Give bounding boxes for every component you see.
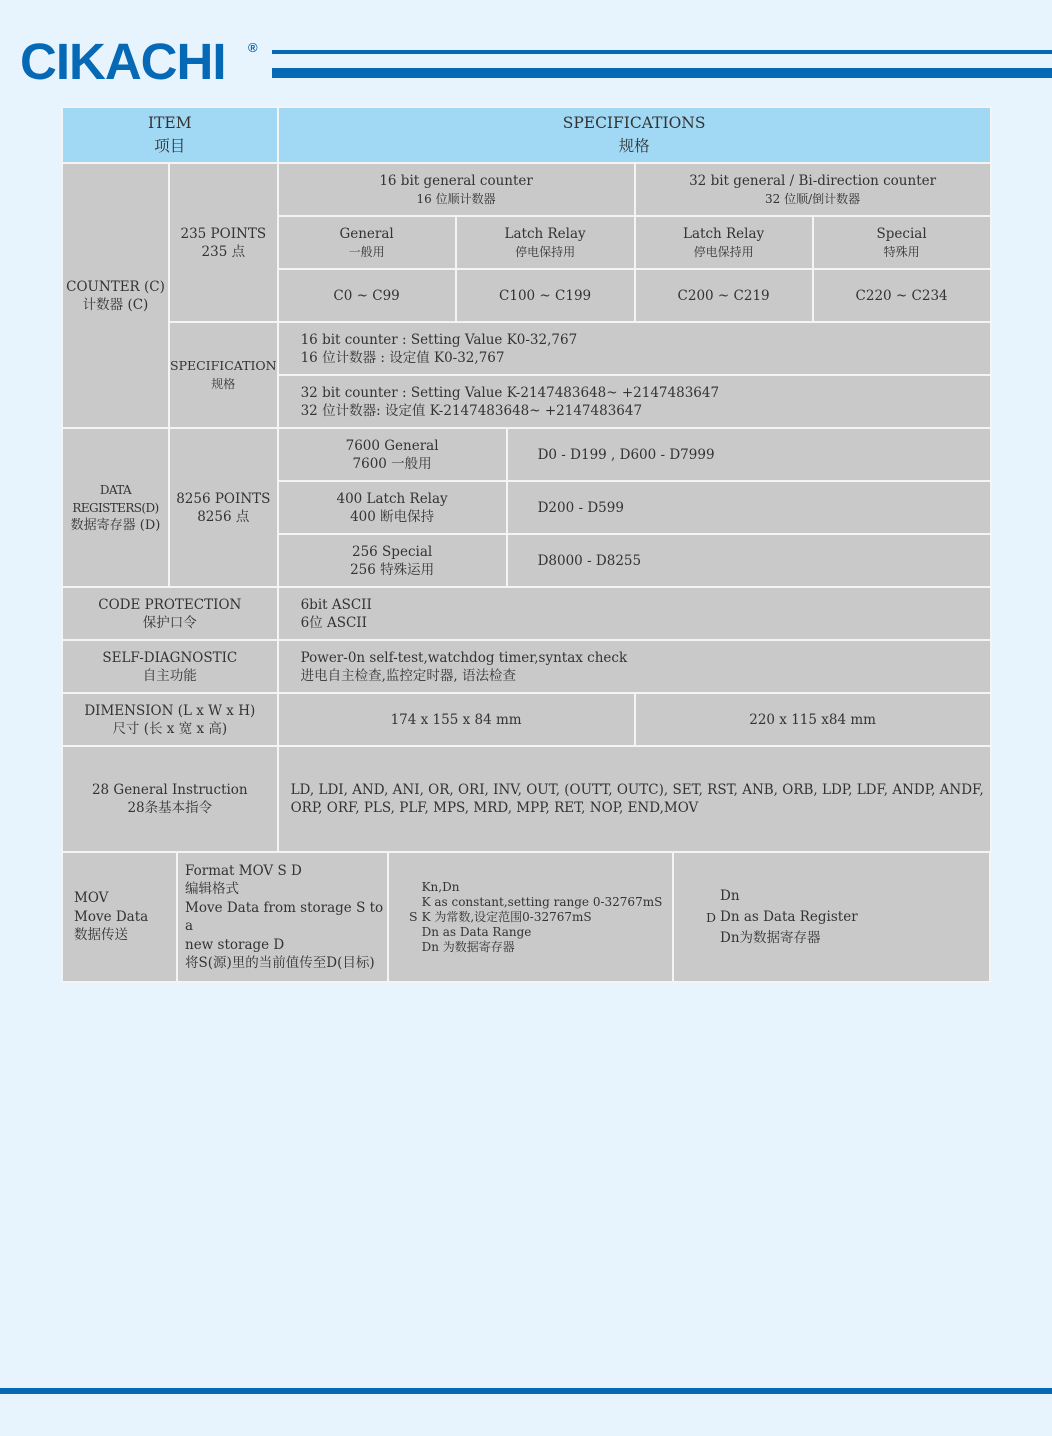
dr-type-en: 400 Latch Relay: [279, 490, 506, 508]
counter-spec-16: 16 bit counter : Setting Value K0-32,767…: [278, 322, 991, 375]
destination-line: Dn: [720, 886, 858, 907]
dr-type-zh: 400 断电保持: [279, 508, 506, 526]
dr-label-zh: 数据寄存器 (D): [63, 517, 168, 535]
type-zh: 一般用: [279, 243, 455, 261]
footer-rule: [0, 1388, 1052, 1394]
mov-name-en: MOV: [74, 889, 176, 908]
header-rule-thick: [272, 68, 1052, 78]
spec-label-zh: 规格: [170, 375, 277, 393]
type-en: Special: [814, 225, 990, 243]
dr-type-zh: 256 特殊运用: [279, 561, 506, 579]
group32-zh: 32 位顺/倒计数器: [636, 190, 990, 208]
type-en: Latch Relay: [457, 225, 634, 243]
dr-type-en: 256 Special: [279, 543, 506, 561]
counter-label: COUNTER (C) 计数器 (C): [62, 163, 169, 428]
mov-desc-zh: 数据传送: [74, 926, 176, 945]
sd-value-en: Power-0n self-test,watchdog timer,syntax…: [301, 649, 990, 667]
sd-value-zh: 进电自主检查,监控定时器, 语法检查: [301, 667, 990, 685]
group16-zh: 16 位顺计数器: [279, 190, 634, 208]
type-en: Latch Relay: [636, 225, 812, 243]
format-line: 将S(源)里的当前值传至D(目标): [185, 954, 387, 973]
counter-label-en: COUNTER (C): [63, 278, 168, 296]
cp-value-en: 6bit ASCII: [301, 596, 990, 614]
table-row: SPECIFICATION 规格 16 bit counter : Settin…: [62, 322, 991, 375]
cp-value-zh: 6位 ASCII: [301, 614, 990, 632]
source-line: Dn 为数据寄存器: [422, 940, 663, 955]
counter-type-general: General 一般用: [278, 216, 456, 269]
instr-line2: ORP, ORF, PLS, PLF, MPS, MRD, MPP, RET, …: [291, 799, 990, 817]
source-line: Kn,Dn: [422, 880, 663, 895]
format-line: new storage D: [185, 936, 387, 955]
table-row: CODE PROTECTION 保护口令 6bit ASCII 6位 ASCII: [62, 587, 991, 640]
counter-type-latch-16: Latch Relay 停电保持用: [456, 216, 635, 269]
dr-label-en: DATA REGISTERS(D): [63, 481, 168, 517]
header-rule-thin: [272, 50, 1052, 54]
data-registers-label: DATA REGISTERS(D) 数据寄存器 (D): [62, 428, 169, 587]
header-specifications: SPECIFICATIONS 规格: [278, 107, 991, 163]
counter-points: 235 POINTS 235 点: [169, 163, 278, 322]
mov-desc-en: Move Data: [74, 908, 176, 927]
spec32-zh: 32 位计数器: 设定值 K-2147483648~ +2147483647: [301, 402, 990, 420]
self-diagnostic-label: SELF-DIAGNOSTIC 自主功能: [62, 640, 278, 693]
dimension-label: DIMENSION (L x W x H) 尺寸 (长 x 宽 x 高): [62, 693, 278, 746]
table-row: SELF-DIAGNOSTIC 自主功能 Power-0n self-test,…: [62, 640, 991, 693]
mov-format: Format MOV S D 编辑格式 Move Data from stora…: [177, 852, 388, 982]
code-protection-label: CODE PROTECTION 保护口令: [62, 587, 278, 640]
counter-range: C0 ~ C99: [278, 269, 456, 322]
dr-type: 256 Special 256 特殊运用: [278, 534, 507, 587]
sd-label-en: SELF-DIAGNOSTIC: [63, 649, 277, 667]
counter-type-latch-32: Latch Relay 停电保持用: [635, 216, 813, 269]
dimension-value-b: 220 x 115 x84 mm: [635, 693, 991, 746]
table-row: DATA REGISTERS(D) 数据寄存器 (D) 8256 POINTS …: [62, 428, 991, 481]
dr-type-zh: 7600 一般用: [279, 455, 506, 473]
counter-16bit-group: 16 bit general counter 16 位顺计数器: [278, 163, 635, 216]
dr-type: 400 Latch Relay 400 断电保持: [278, 481, 507, 534]
type-zh: 特殊用: [814, 243, 990, 261]
group16-en: 16 bit general counter: [279, 172, 634, 190]
mov-name: MOV Move Data 数据传送: [62, 852, 177, 982]
instructions-label: 28 General Instruction 28条基本指令: [62, 746, 278, 852]
dr-range: D0 - D199 , D600 - D7999: [507, 428, 991, 481]
destination-label: D: [706, 907, 716, 928]
dr-range: D200 - D599: [507, 481, 991, 534]
source-label: S: [409, 908, 418, 926]
dim-label-en: DIMENSION (L x W x H): [63, 702, 277, 720]
header-spec-en: SPECIFICATIONS: [279, 112, 990, 135]
counter-range: C200 ~ C219: [635, 269, 813, 322]
counter-range: C100 ~ C199: [456, 269, 635, 322]
destination-line: Dn as Data Register: [720, 907, 858, 928]
counter-spec-32: 32 bit counter : Setting Value K-2147483…: [278, 375, 991, 428]
spec32-en: 32 bit counter : Setting Value K-2147483…: [301, 384, 990, 402]
counter-spec-label: SPECIFICATION 规格: [169, 322, 278, 428]
dr-points-en: 8256 POINTS: [170, 490, 277, 508]
dr-points-zh: 8256 点: [170, 508, 277, 526]
self-diagnostic-value: Power-0n self-test,watchdog timer,syntax…: [278, 640, 991, 693]
instr-label-en: 28 General Instruction: [63, 781, 277, 799]
dr-type: 7600 General 7600 一般用: [278, 428, 507, 481]
instr-label-zh: 28条基本指令: [63, 799, 277, 817]
format-line: Format MOV S D: [185, 862, 387, 881]
table-row: MOV Move Data 数据传送 Format MOV S D 编辑格式 M…: [62, 852, 990, 982]
mov-table: MOV Move Data 数据传送 Format MOV S D 编辑格式 M…: [61, 851, 991, 983]
spec-label-en: SPECIFICATION: [170, 357, 277, 375]
counter-32bit-group: 32 bit general / Bi-direction counter 32…: [635, 163, 991, 216]
instr-line1: LD, LDI, AND, ANI, OR, ORI, INV, OUT, (O…: [291, 781, 990, 799]
data-registers-points: 8256 POINTS 8256 点: [169, 428, 278, 587]
header-item-zh: 项目: [63, 135, 277, 158]
destination-line: Dn为数据寄存器: [720, 928, 858, 949]
format-line: 编辑格式: [185, 880, 387, 899]
format-line: Move Data from storage S to a: [185, 899, 387, 936]
cp-label-en: CODE PROTECTION: [63, 596, 277, 614]
registered-mark: ®: [248, 40, 258, 55]
brand-logo: CIKACHI: [20, 36, 226, 88]
table-row: COUNTER (C) 计数器 (C) 235 POINTS 235 点 16 …: [62, 163, 991, 216]
sd-label-zh: 自主功能: [63, 667, 277, 685]
spec16-zh: 16 位计数器 : 设定值 K0-32,767: [301, 349, 990, 367]
dim-label-zh: 尺寸 (长 x 宽 x 高): [63, 720, 277, 738]
source-line: K 为常数,设定范围0-32767mS: [422, 910, 663, 925]
type-zh: 停电保持用: [636, 243, 812, 261]
spec-table: ITEM 项目 SPECIFICATIONS 规格 COUNTER (C) 计数…: [61, 106, 992, 853]
source-line: Dn as Data Range: [422, 925, 663, 940]
group32-en: 32 bit general / Bi-direction counter: [636, 172, 990, 190]
instructions-list: LD, LDI, AND, ANI, OR, ORI, INV, OUT, (O…: [278, 746, 991, 852]
dr-range: D8000 - D8255: [507, 534, 991, 587]
header-item-en: ITEM: [63, 112, 277, 135]
counter-label-zh: 计数器 (C): [63, 296, 168, 314]
mov-destination-operand: D Dn Dn as Data Register Dn为数据寄存器: [673, 852, 990, 982]
table-row: DIMENSION (L x W x H) 尺寸 (长 x 宽 x 高) 174…: [62, 693, 991, 746]
table-row: 28 General Instruction 28条基本指令 LD, LDI, …: [62, 746, 991, 852]
header-spec-zh: 规格: [279, 135, 990, 158]
mov-source-operand: S Kn,Dn K as constant,setting range 0-32…: [388, 852, 673, 982]
counter-points-zh: 235 点: [170, 243, 277, 261]
type-en: General: [279, 225, 455, 243]
counter-range: C220 ~ C234: [813, 269, 991, 322]
code-protection-value: 6bit ASCII 6位 ASCII: [278, 587, 991, 640]
dimension-value-a: 174 x 155 x 84 mm: [278, 693, 635, 746]
counter-points-en: 235 POINTS: [170, 225, 277, 243]
type-zh: 停电保持用: [457, 243, 634, 261]
cp-label-zh: 保护口令: [63, 614, 277, 632]
header-item: ITEM 项目: [62, 107, 278, 163]
table-header-row: ITEM 项目 SPECIFICATIONS 规格: [62, 107, 991, 163]
spec16-en: 16 bit counter : Setting Value K0-32,767: [301, 331, 990, 349]
dr-type-en: 7600 General: [279, 437, 506, 455]
counter-type-special: Special 特殊用: [813, 216, 991, 269]
source-line: K as constant,setting range 0-32767mS: [422, 895, 663, 910]
